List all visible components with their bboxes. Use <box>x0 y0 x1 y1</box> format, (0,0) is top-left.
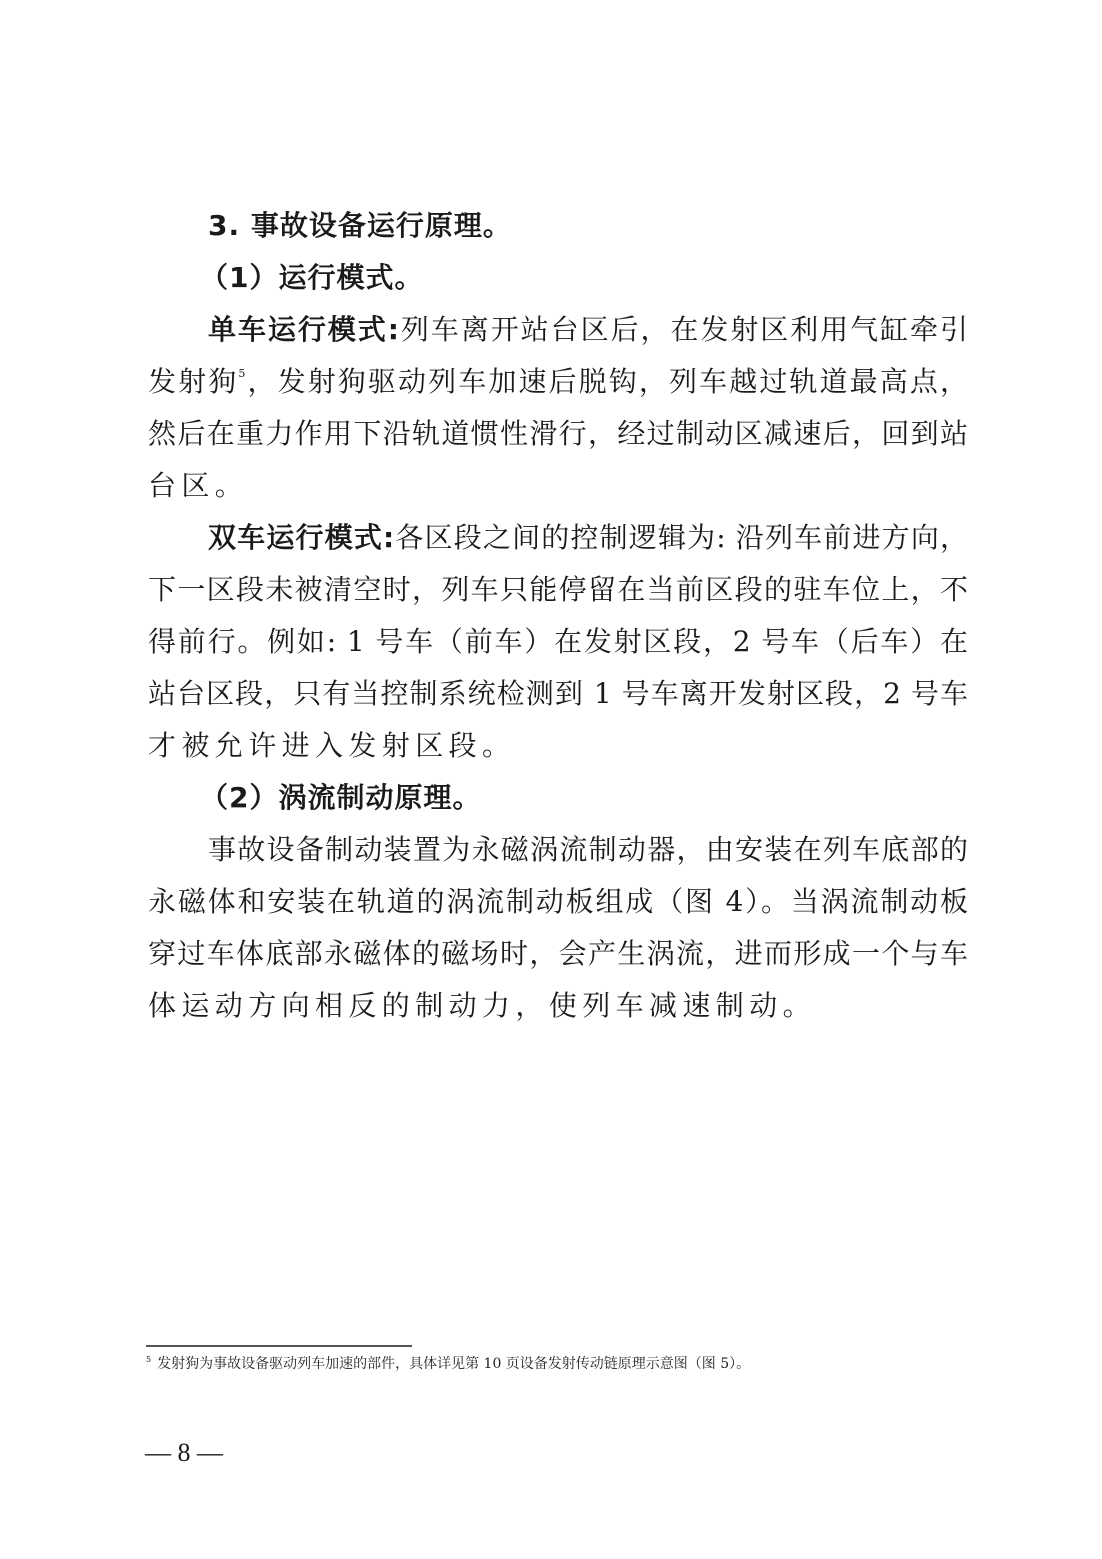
footnote-separator <box>146 1345 412 1347</box>
paragraph-double-car-line-5: 才被允许进入发射区段。 <box>148 726 968 766</box>
paragraph-single-car-line-1: 单车运行模式:列车离开站台区后，在发射区利用气缸牵引 <box>208 310 968 350</box>
paragraph-single-car-line-4: 台区。 <box>148 466 968 506</box>
paragraph-eddy-line-1: 事故设备制动装置为永磁涡流制动器，由安装在列车底部的 <box>208 830 968 870</box>
footnote-mark: 5 <box>146 1355 151 1364</box>
paragraph-double-car-line-3: 得前行。例如: 1 号车（前车）在发射区段，2 号车（后车）在 <box>148 622 968 662</box>
paragraph-single-car-line-2: 发射狗5，发射狗驱动列车加速后脱钩，列车越过轨道最高点， <box>148 362 968 402</box>
paragraph-eddy-line-2: 永磁体和安装在轨道的涡流制动板组成（图 4）。当涡流制动板 <box>148 882 968 922</box>
section-heading: 3. 事故设备运行原理。 <box>208 206 968 246</box>
footnote-text: 发射狗为事故设备驱动列车加速的部件，具体详见第 10 页设备发射传动链原理示意图… <box>157 1356 750 1372</box>
paragraph-single-car-line-3: 然后在重力作用下沿轨道惯性滑行，经过制动区减速后，回到站 <box>148 414 968 454</box>
lead-single-car-mode: 单车运行模式: <box>208 313 399 346</box>
paragraph-eddy-line-4: 体运动方向相反的制动力，使列车减速制动。 <box>148 986 968 1026</box>
paragraph-double-car-line-2: 下一区段未被清空时，列车只能停留在当前区段的驻车位上，不 <box>148 570 968 610</box>
subsection-heading-operating-modes: （1）运行模式。 <box>200 258 960 298</box>
subsection-heading-eddy-braking: （2）涡流制动原理。 <box>200 778 960 818</box>
lead-double-car-mode: 双车运行模式: <box>208 521 394 554</box>
page-number: — 8 — <box>145 1436 223 1470</box>
footnote: 5发射狗为事故设备驱动列车加速的部件，具体详见第 10 页设备发射传动链原理示意… <box>146 1354 750 1374</box>
paragraph-double-car-line-4: 站台区段，只有当控制系统检测到 1 号车离开发射区段，2 号车 <box>148 674 968 714</box>
paragraph-double-car-line-1: 双车运行模式:各区段之间的控制逻辑为: 沿列车前进方向， <box>208 518 968 558</box>
paragraph-eddy-line-3: 穿过车体底部永磁体的磁场时，会产生涡流，进而形成一个与车 <box>148 934 968 974</box>
